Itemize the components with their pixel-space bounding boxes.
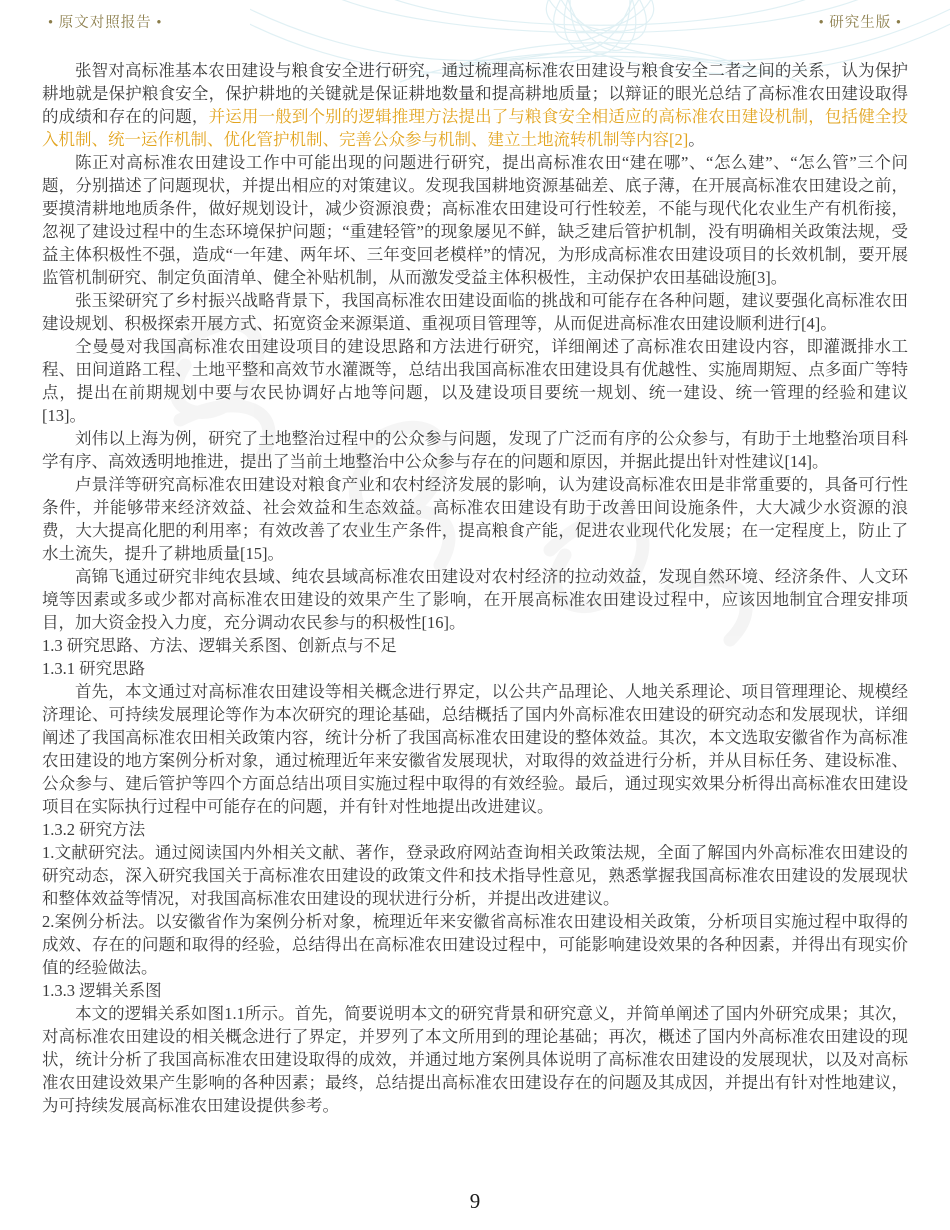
text-run: 1.3.2 研究方法 <box>42 820 145 839</box>
paragraph: 本文的逻辑关系如图1.1所示。首先，简要说明本文的研究背景和研究意义，并简单阐述… <box>42 1002 908 1117</box>
text-run: 2.案例分析法。以安徽省作为案例分析对象，梳理近年来安徽省高标准农田建设相关政策… <box>42 912 908 977</box>
header-report-title: • 原文对照报告 • <box>48 11 162 32</box>
header-edition-label: • 研究生版 • <box>819 11 902 32</box>
paragraph: 陈正对高标准农田建设工作中可能出现的问题进行研究，提出高标准农田“建在哪”、“怎… <box>42 151 908 289</box>
paragraph: 首先，本文通过对高标准农田建设等相关概念进行界定，以公共产品理论、人地关系理论、… <box>42 680 908 818</box>
text-run: 首先，本文通过对高标准农田建设等相关概念进行界定，以公共产品理论、人地关系理论、… <box>42 682 908 816</box>
text-run: 1.3.1 研究思路 <box>42 659 145 678</box>
paragraph: 2.案例分析法。以安徽省作为案例分析对象，梳理近年来安徽省高标准农田建设相关政策… <box>42 910 908 979</box>
text-run: 刘伟以上海为例，研究了土地整治过程中的公众参与问题，发现了广泛而有序的公众参与，… <box>42 429 908 471</box>
section-heading: 1.3.2 研究方法 <box>42 818 908 841</box>
paragraph: 高锦飞通过研究非纯农县域、纯农县域高标准农田建设对农村经济的拉动效益，发现自然环… <box>42 565 908 634</box>
paragraph: 张玉梁研究了乡村振兴战略背景下，我国高标准农田建设面临的挑战和可能存在各种问题，… <box>42 289 908 335</box>
paragraph: 刘伟以上海为例，研究了土地整治过程中的公众参与问题，发现了广泛而有序的公众参与，… <box>42 427 908 473</box>
text-run: 陈正对高标准农田建设工作中可能出现的问题进行研究，提出高标准农田“建在哪”、“怎… <box>42 153 908 287</box>
text-run: 。 <box>688 130 705 149</box>
section-heading: 1.3.1 研究思路 <box>42 657 908 680</box>
text-run: 张玉梁研究了乡村振兴战略背景下，我国高标准农田建设面临的挑战和可能存在各种问题，… <box>42 291 908 333</box>
page-header: • 原文对照报告 • • 研究生版 • <box>48 11 902 32</box>
paragraph: 1.文献研究法。通过阅读国内外相关文献、著作，登录政府网站查询相关政策法规，全面… <box>42 841 908 910</box>
text-run: 卢景洋等研究高标准农田建设对粮食产业和农村经济发展的影响，认为建设高标准农田是非… <box>42 475 908 563</box>
text-run: 1.3.3 逻辑关系图 <box>42 981 162 1000</box>
text-run: 1.文献研究法。通过阅读国内外相关文献、著作，登录政府网站查询相关政策法规，全面… <box>42 843 908 908</box>
text-run: 本文的逻辑关系如图1.1所示。首先，简要说明本文的研究背景和研究意义，并简单阐述… <box>42 1004 908 1115</box>
text-run: 高锦飞通过研究非纯农县域、纯农县域高标准农田建设对农村经济的拉动效益，发现自然环… <box>42 567 908 632</box>
section-heading: 1.3 研究思路、方法、逻辑关系图、创新点与不足 <box>42 634 908 657</box>
page-footer: 9 <box>0 1189 950 1214</box>
paragraph: 卢景洋等研究高标准农田建设对粮食产业和农村经济发展的影响，认为建设高标准农田是非… <box>42 473 908 565</box>
document-body: 张智对高标准基本农田建设与粮食安全进行研究，通过梳理高标准农田建设与粮食安全二者… <box>42 59 908 1117</box>
report-page: • 原文对照报告 • • 研究生版 • 张智对高标准基本农田建设与粮食安全进行研… <box>0 0 950 1230</box>
paragraph: 张智对高标准基本农田建设与粮食安全进行研究，通过梳理高标准农田建设与粮食安全二者… <box>42 59 908 151</box>
page-number: 9 <box>470 1189 481 1213</box>
section-heading: 1.3.3 逻辑关系图 <box>42 979 908 1002</box>
text-run: 1.3 研究思路、方法、逻辑关系图、创新点与不足 <box>42 636 397 655</box>
text-run: 仝曼曼对我国高标准农田建设项目的建设思路和方法进行研究，详细阐述了高标准农田建设… <box>42 337 908 425</box>
paragraph: 仝曼曼对我国高标准农田建设项目的建设思路和方法进行研究，详细阐述了高标准农田建设… <box>42 335 908 427</box>
